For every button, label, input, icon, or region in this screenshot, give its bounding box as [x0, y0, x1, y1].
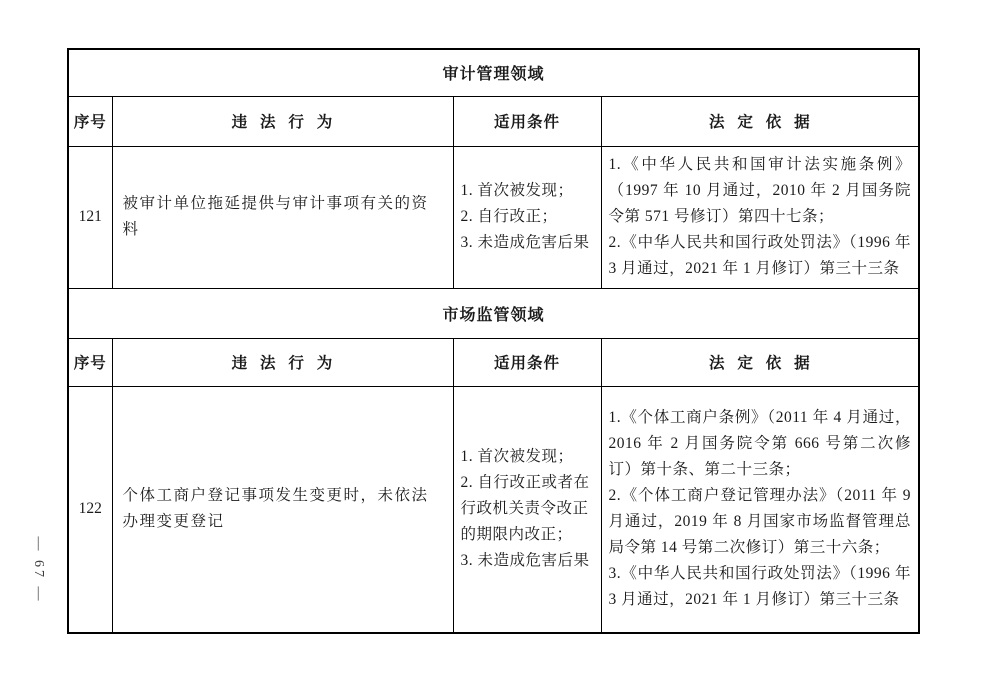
header-row-market: 序号 违 法 行 为 适用条件 法 定 依 据 [68, 338, 919, 386]
section-title-audit: 审计管理领域 [68, 49, 919, 96]
row-122-violation-text: 个体工商户登记事项发生变更时，未依法办理变更登记 [113, 483, 453, 535]
row-121-violation-text: 被审计单位拖延提供与审计事项有关的资料 [113, 191, 453, 243]
col-header-conditions: 适用条件 [453, 338, 601, 386]
col-header-violation: 违 法 行 为 [112, 96, 453, 146]
page-number-text: — 67 — [31, 537, 46, 604]
row-122-legal-basis: 1.《个体工商户条例》（2011 年 4 月通过，2016 年 2 月国务院令第… [601, 386, 919, 633]
row-121-legal-basis: 1.《中华人民共和国审计法实施条例》（1997 年 10 月通过，2010 年 … [601, 146, 919, 288]
row-122-number: 122 [68, 386, 112, 633]
table-row-121: 121 被审计单位拖延提供与审计事项有关的资料 1. 首次被发现； 2. 自行改… [68, 146, 919, 288]
col-header-no: 序号 [68, 96, 112, 146]
header-row-audit: 序号 违 法 行 为 适用条件 法 定 依 据 [68, 96, 919, 146]
row-122-conditions: 1. 首次被发现； 2. 自行改正或者在行政机关责令改正的期限内改正； 3. 未… [453, 386, 601, 633]
legal-basis-item: 1.《个体工商户条例》（2011 年 4 月通过，2016 年 2 月国务院令第… [609, 405, 912, 483]
row-121-number: 121 [68, 146, 112, 288]
regulations-table: 审计管理领域 序号 违 法 行 为 适用条件 法 定 依 据 121 被审计单位… [67, 48, 920, 634]
table-row-122: 122 个体工商户登记事项发生变更时，未依法办理变更登记 1. 首次被发现； 2… [68, 386, 919, 633]
condition-item: 3. 未造成危害后果 [461, 548, 594, 574]
condition-item: 2. 自行改正或者在行政机关责令改正的期限内改正； [461, 470, 594, 548]
legal-basis-item: 3.《中华人民共和国行政处罚法》（1996 年 3 月通过，2021 年 1 月… [609, 561, 912, 613]
col-header-conditions: 适用条件 [453, 96, 601, 146]
legal-basis-item: 2.《中华人民共和国行政处罚法》（1996 年 3 月通过，2021 年 1 月… [609, 230, 912, 282]
col-header-violation: 违 法 行 为 [112, 338, 453, 386]
row-121-violation: 被审计单位拖延提供与审计事项有关的资料 [112, 146, 453, 288]
col-header-no: 序号 [68, 338, 112, 386]
section-title-market: 市场监管领域 [68, 288, 919, 338]
page-number: — 67 — [30, 537, 46, 604]
document-page: — 67 — 审计管理领域 序号 违 法 行 为 适用条件 法 定 依 据 12… [0, 0, 986, 694]
condition-item: 1. 首次被发现； [461, 178, 594, 204]
legal-basis-item: 2.《个体工商户登记管理办法》（2011 年 9 月通过，2019 年 8 月国… [609, 483, 912, 561]
section-row-market: 市场监管领域 [68, 288, 919, 338]
col-header-legal-basis: 法 定 依 据 [601, 338, 919, 386]
row-122-violation: 个体工商户登记事项发生变更时，未依法办理变更登记 [112, 386, 453, 633]
condition-item: 1. 首次被发现； [461, 444, 594, 470]
condition-item: 2. 自行改正； [461, 204, 594, 230]
section-row-audit: 审计管理领域 [68, 49, 919, 96]
col-header-legal-basis: 法 定 依 据 [601, 96, 919, 146]
legal-basis-item: 1.《中华人民共和国审计法实施条例》（1997 年 10 月通过，2010 年 … [609, 152, 912, 230]
condition-item: 3. 未造成危害后果 [461, 230, 594, 256]
row-121-conditions: 1. 首次被发现； 2. 自行改正； 3. 未造成危害后果 [453, 146, 601, 288]
